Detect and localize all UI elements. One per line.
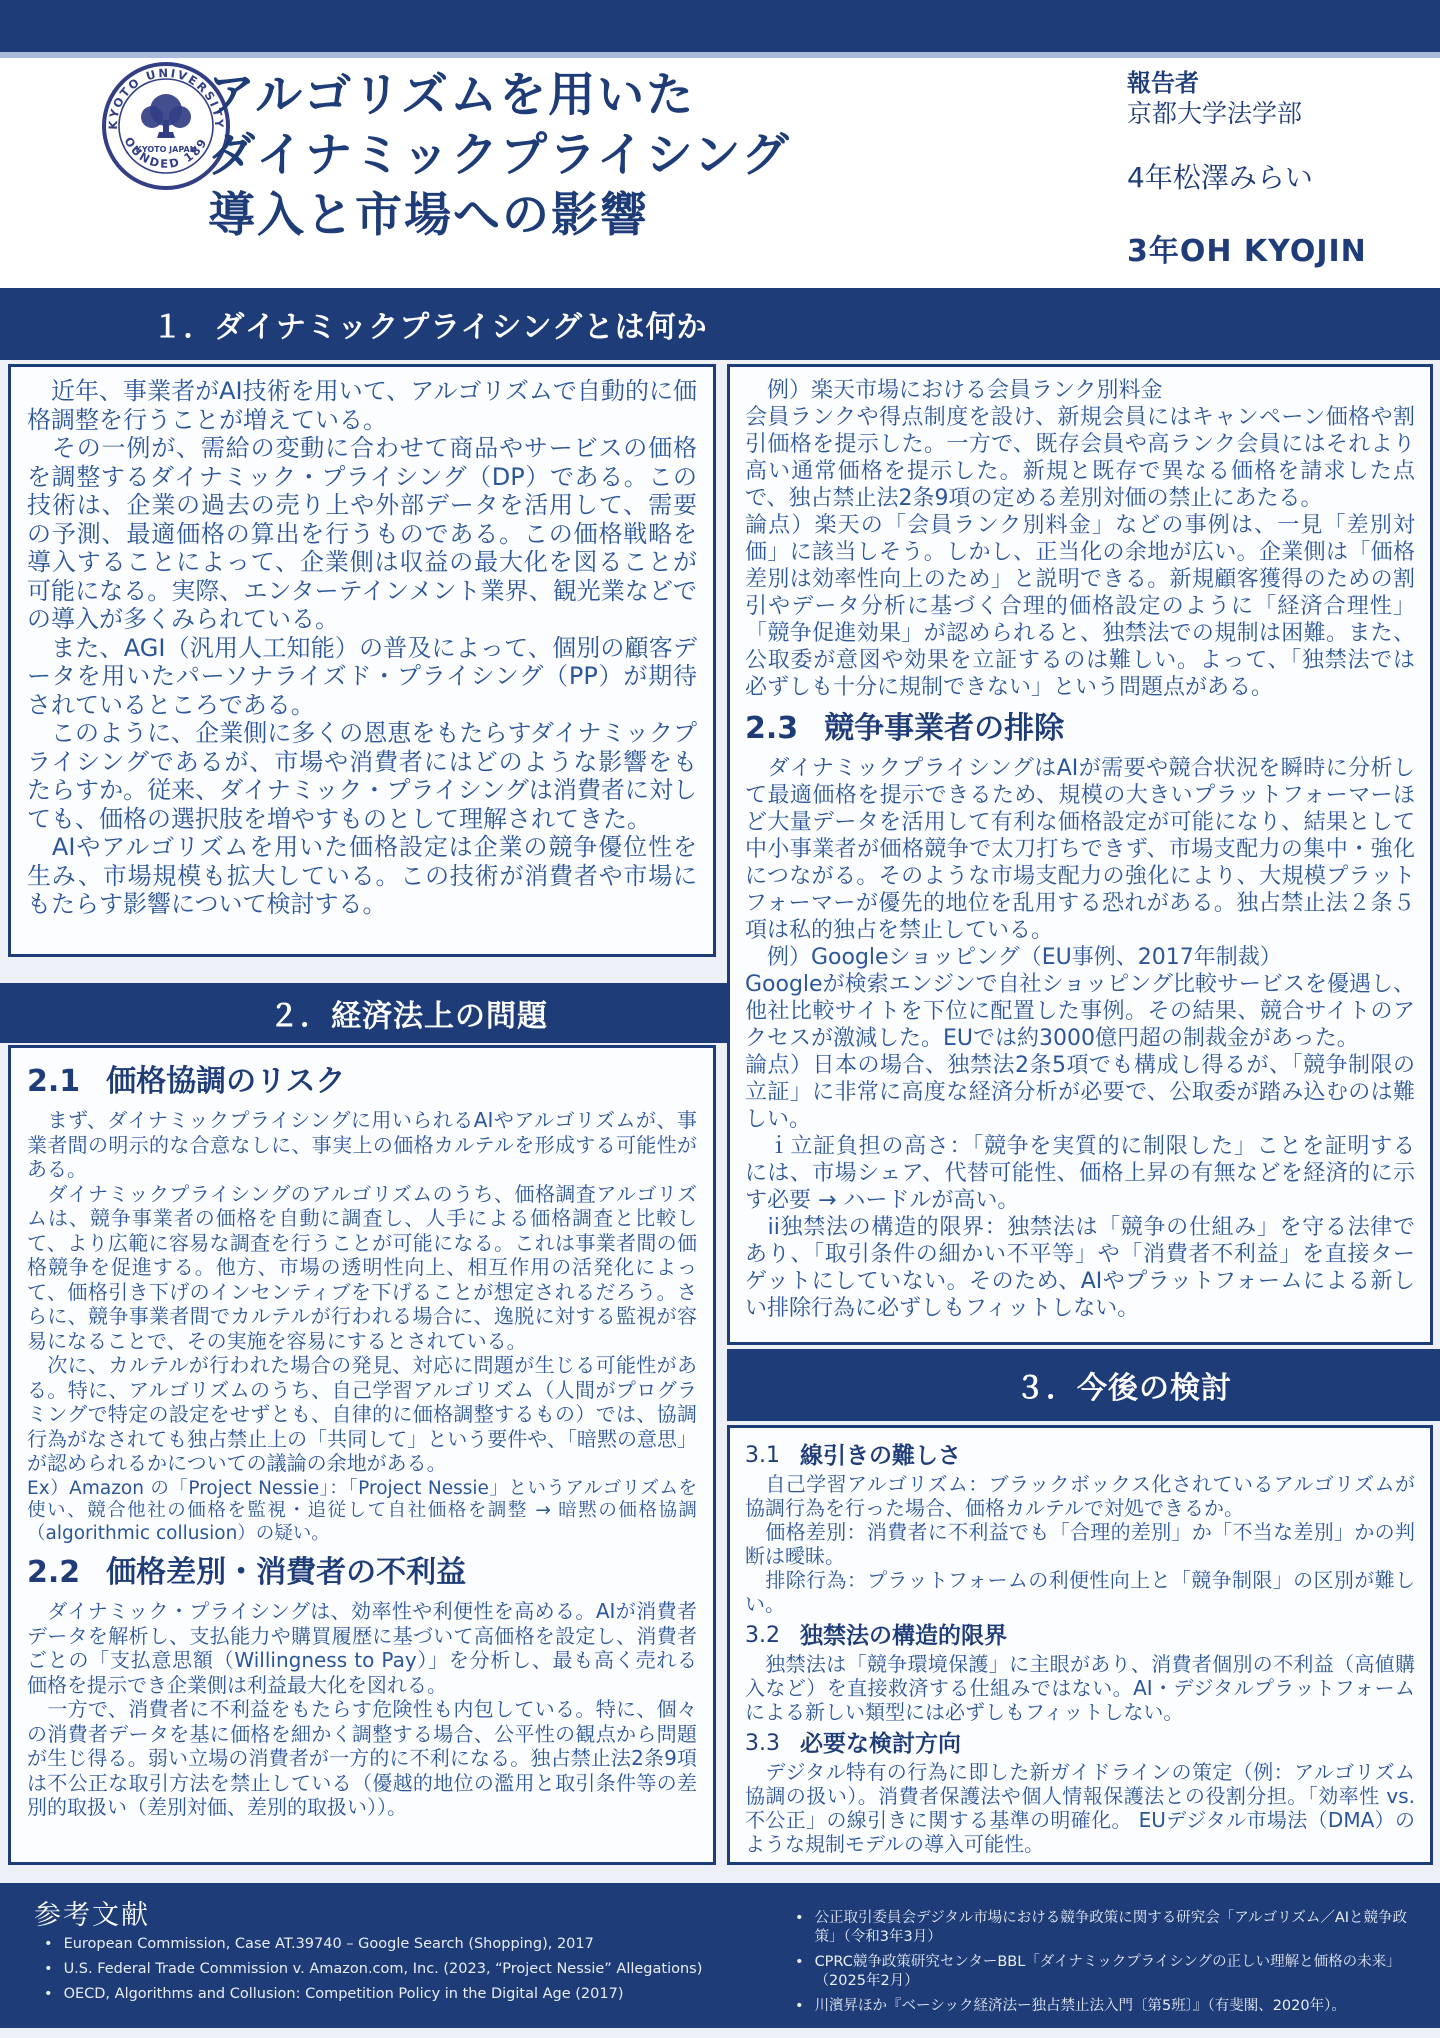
subsection-2-3-number: 2.3: [745, 711, 798, 747]
bullet-icon: •: [44, 1985, 53, 2004]
s3-1-paragraph: 排除行為：プラットフォームの利便性向上と「競争制限」の区別が難しい。: [745, 1568, 1415, 1616]
subsection-3-2-title: 独禁法の構造的限界: [800, 1622, 1007, 1650]
s2-2-paragraph: 一方で、消費者に不利益をもたらす危険性も内包している。特に、個々の消費者データを…: [27, 1697, 697, 1820]
references-right-list: • 公正取引委員会デジタル市場における競争政策に関する研究会「アルゴリズム／AI…: [795, 1909, 1423, 2022]
section-2-banner: ２．経済法上の問題: [0, 983, 727, 1043]
references-footer: 参考文献 • European Commission, Case AT.3974…: [0, 1883, 1440, 2028]
subsection-2-2-heading: 2.2 価格差別・消費者の不利益: [27, 1555, 697, 1591]
bullet-icon: •: [795, 1997, 804, 2016]
reference-item: • OECD, Algorithms and Collusion: Compet…: [44, 1985, 704, 2004]
s2-1-paragraph: ダイナミックプライシングのアルゴリズムのうち、価格調査アルゴリズムは、競争事業者…: [27, 1182, 697, 1354]
s2-3-paragraph: ｉ立証負担の高さ：「競争を実質的に制限した」ことを証明するには、市場シェア、代替…: [745, 1133, 1415, 1214]
s2-3-paragraph: 例）Googleショッピング（EU事例、2017年制裁）: [745, 944, 1415, 971]
subsection-2-3-heading: 2.3 競争事業者の排除: [745, 711, 1415, 747]
section-3-content: 3.1 線引きの難しさ 自己学習アルゴリズム：ブラックボックス化されているアルゴ…: [727, 1425, 1433, 1865]
s1-paragraph: また、AGI（汎用人工知能）の普及によって、個別の顧客データを用いたパーソナライ…: [27, 634, 697, 720]
poster-title-line-1: アルゴリズムを用いた: [208, 66, 791, 126]
s3-1-paragraph: 自己学習アルゴリズム：ブラックボックス化されているアルゴリズムが協調行為を行った…: [745, 1472, 1415, 1520]
s2-2-rakuten-example: 会員ランクや得点制度を設け、新規会員にはキャンペーン価格や割引価格を提示した。一…: [745, 404, 1415, 512]
reporter-member-senior: 4年松澤みらい: [1127, 156, 1367, 196]
subsection-2-1-number: 2.1: [27, 1064, 80, 1100]
logo-center-label: KYOTO JAPAN: [136, 145, 197, 154]
subsection-2-2-title: 価格差別・消費者の不利益: [106, 1555, 466, 1591]
section-2-banner-label: ２．経済法上の問題: [0, 991, 727, 1035]
reporter-block: 報告者 京都大学法学部 4年松澤みらい 3年OH KYOJIN: [1127, 68, 1367, 270]
poster: KYOTO UNIVERSITY FOUNDED 1897 KYOTO JAPA…: [0, 0, 1440, 2038]
s3-2-paragraph: 独禁法は「競争環境保護」に主眼があり、消費者個別の不利益（高値購入など）を直接救…: [745, 1652, 1415, 1724]
section-1-banner-label: １．ダイナミックプライシングとは何か: [0, 302, 860, 346]
subsection-3-1-number: 3.1: [745, 1442, 780, 1470]
references-heading: 参考文献: [34, 1893, 150, 1932]
s2-1-paragraph: 次に、カルテルが行われた場合の発見、対応に問題が生じる可能性がある。特に、アルゴ…: [27, 1353, 697, 1476]
reporter-affiliation: 京都大学法学部: [1127, 98, 1367, 130]
section-3-banner: ３．今後の検討: [727, 1349, 1440, 1421]
s2-3-paragraph: 論点）日本の場合、独禁法2条5項でも構成し得るが、「競争制限の立証」に非常に高度…: [745, 1052, 1415, 1133]
subsection-3-3-title: 必要な検討方向: [800, 1730, 961, 1758]
s2-2-rakuten-example: 例）楽天市場における会員ランク別料金: [745, 377, 1415, 404]
section-1-content: 近年、事業者がAI技術を用いて、アルゴリズムで自動的に価格調整を行うことが増えて…: [8, 364, 716, 957]
s3-1-paragraph: 価格差別：消費者に不利益でも「合理的差別」か「不当な差別」かの判断は曖昧。: [745, 1520, 1415, 1568]
section-3-banner-label: ３．今後の検討: [727, 1363, 1440, 1407]
s2-3-paragraph: Googleが検索エンジンで自社ショッピング比較サービスを優遇し、他社比較サイト…: [745, 971, 1415, 1052]
section-2-right-content: 例）楽天市場における会員ランク別料金 会員ランクや得点制度を設け、新規会員にはキ…: [727, 364, 1433, 1345]
s2-2-paragraph: ダイナミック・プライシングは、効率性や利便性を高める。AIが消費者データを解析し…: [27, 1599, 697, 1697]
top-bar: [0, 0, 1440, 52]
poster-title: アルゴリズムを用いた ダイナミックプライシング 導入と市場への影響: [208, 66, 791, 246]
reference-item: • 川濱昇ほか『ベーシック経済法ー独占禁止法入門〔第5班〕』（有斐閣、2020年…: [795, 1997, 1423, 2016]
s2-3-paragraph: ii独禁法の構造的限界：独禁法は「競争の仕組み」を守る法律であり、「取引条件の細…: [745, 1214, 1415, 1322]
s2-2-rakuten-example: 論点）楽天の「会員ランク別料金」などの事例は、一見「差別対価」に該当しそう。しか…: [745, 512, 1415, 701]
reporter-member-junior: 3年OH KYOJIN: [1127, 226, 1367, 270]
section-1-banner: １．ダイナミックプライシングとは何か: [0, 288, 1440, 360]
poster-header: KYOTO UNIVERSITY FOUNDED 1897 KYOTO JAPA…: [0, 58, 1440, 288]
s2-1-paragraph: まず、ダイナミックプライシングに用いられるAIやアルゴリズムが、事業者間の明示的…: [27, 1108, 697, 1182]
reference-item: • CPRC競争政策研究センターBBL「ダイナミックプライシングの正しい理解と価…: [795, 1953, 1423, 1991]
reference-item: • European Commission, Case AT.39740 – G…: [44, 1935, 704, 1954]
s2-1-example: Ex）Amazon の「Project Nessie」：「Project Nes…: [27, 1478, 697, 1546]
subsection-3-2-heading: 3.2 独禁法の構造的限界: [745, 1622, 1415, 1650]
bullet-icon: •: [44, 1935, 53, 1954]
reference-text: OECD, Algorithms and Collusion: Competit…: [64, 1985, 624, 2004]
subsection-3-3-number: 3.3: [745, 1730, 780, 1758]
references-left-list: • European Commission, Case AT.39740 – G…: [44, 1935, 704, 2010]
reference-text: U.S. Federal Trade Commission v. Amazon.…: [64, 1960, 703, 1979]
reference-text: CPRC競争政策研究センターBBL「ダイナミックプライシングの正しい理解と価格の…: [815, 1953, 1423, 1991]
reference-item: • 公正取引委員会デジタル市場における競争政策に関する研究会「アルゴリズム／AI…: [795, 1909, 1423, 1947]
bullet-icon: •: [795, 1909, 804, 1947]
subsection-2-2-number: 2.2: [27, 1555, 80, 1591]
s1-paragraph: AIやアルゴリズムを用いた価格設定は企業の競争優位性を生み、市場規模も拡大してい…: [27, 833, 697, 919]
section-2-left-content: 2.1 価格協調のリスク まず、ダイナミックプライシングに用いられるAIやアルゴ…: [8, 1045, 716, 1865]
s2-3-paragraph: ダイナミックプライシングはAIが需要や競合状況を瞬時に分析して最適価格を提示でき…: [745, 755, 1415, 944]
reference-item: • U.S. Federal Trade Commission v. Amazo…: [44, 1960, 704, 1979]
subsection-2-3-title: 競争事業者の排除: [824, 711, 1064, 747]
subsection-2-1-title: 価格協調のリスク: [106, 1064, 345, 1100]
subsection-2-1-heading: 2.1 価格協調のリスク: [27, 1064, 697, 1100]
subsection-3-3-heading: 3.3 必要な検討方向: [745, 1730, 1415, 1758]
reference-text: European Commission, Case AT.39740 – Goo…: [64, 1935, 594, 1954]
s1-paragraph: 近年、事業者がAI技術を用いて、アルゴリズムで自動的に価格調整を行うことが増えて…: [27, 377, 697, 434]
reference-text: 公正取引委員会デジタル市場における競争政策に関する研究会「アルゴリズム／AIと競…: [815, 1909, 1423, 1947]
reporter-role: 報告者: [1127, 68, 1367, 98]
bullet-icon: •: [44, 1960, 53, 1979]
subsection-3-1-heading: 3.1 線引きの難しさ: [745, 1442, 1415, 1470]
subsection-3-2-number: 3.2: [745, 1622, 780, 1650]
s1-paragraph: このように、企業側に多くの恩恵をもたらすダイナミックプライシングであるが、市場や…: [27, 719, 697, 833]
reference-text: 川濱昇ほか『ベーシック経済法ー独占禁止法入門〔第5班〕』（有斐閣、2020年）。: [815, 1997, 1346, 2016]
bullet-icon: •: [795, 1953, 804, 1991]
s3-3-paragraph: デジタル特有の行為に即した新ガイドラインの策定（例：アルゴリズム協調の扱い）。消…: [745, 1760, 1415, 1856]
s1-paragraph: その一例が、需給の変動に合わせて商品やサービスの価格を調整するダイナミック・プラ…: [27, 434, 697, 634]
subsection-3-1-title: 線引きの難しさ: [800, 1442, 961, 1470]
poster-title-line-2: ダイナミックプライシング: [208, 126, 791, 186]
poster-title-line-3: 導入と市場への影響: [208, 186, 791, 246]
